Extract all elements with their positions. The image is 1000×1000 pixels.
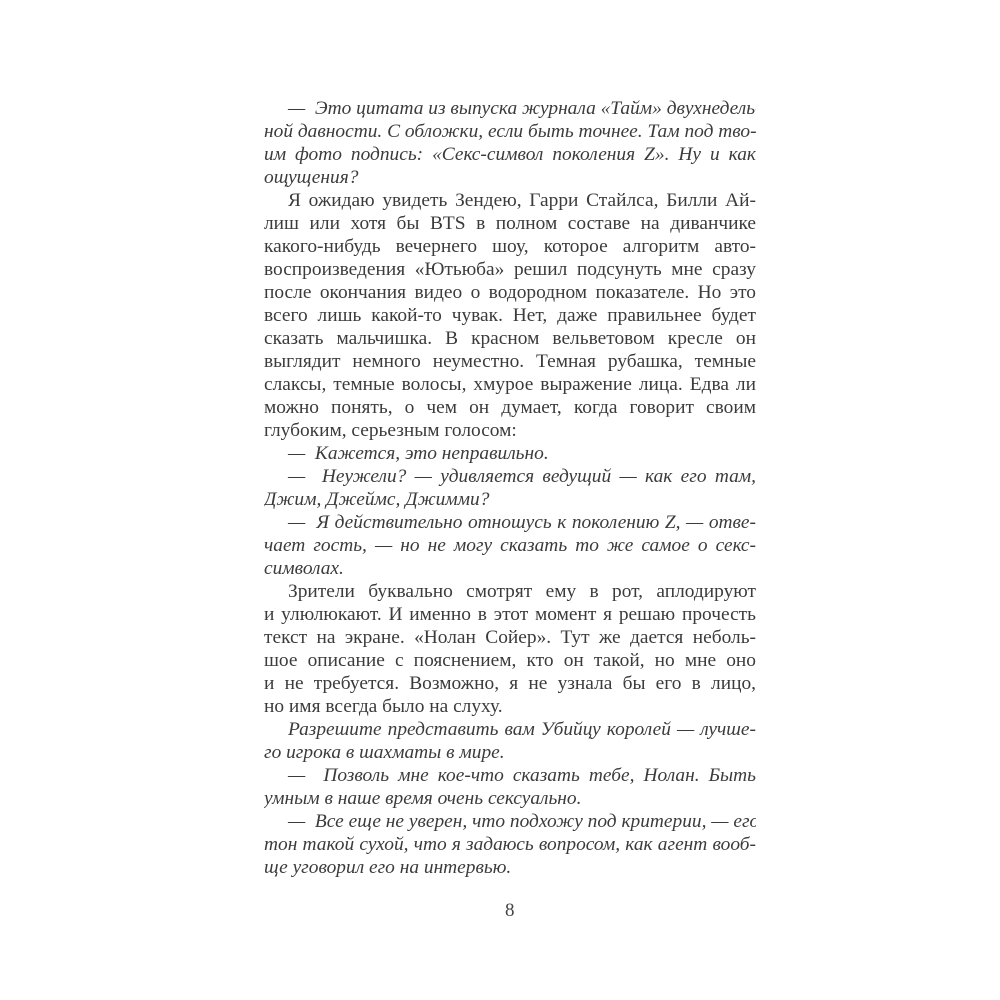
paragraph: Зрители буквально смотрят ему в рот, апл… [264, 580, 756, 718]
text-line: тон такой сухой, что я задаюсь вопросом,… [264, 833, 756, 856]
text-line: всего лишь какой-то чувак. Нет, даже пра… [264, 304, 756, 327]
text-line: — Все еще не уверен, что подхожу под кри… [264, 810, 756, 833]
text-line: — Позволь мне кое-что сказать тебе, Нола… [264, 764, 756, 787]
text-line: Джим, Джеймс, Джимми? [264, 488, 756, 511]
text-line: какого-нибудь вечернего шоу, которое алг… [264, 235, 756, 258]
text-line: — Неужели? — удивляется ведущий — как ег… [264, 465, 756, 488]
paragraph: — Я действительно отношусь к поколению Z… [264, 511, 756, 580]
text-line: слаксы, темные волосы, хмурое выражение … [264, 373, 756, 396]
text-line: после окончания видео о водородном показ… [264, 281, 756, 304]
text-line: и не требуется. Возможно, я не узнала бы… [264, 672, 756, 695]
paragraph: Я ожидаю увидеть Зендею, Гарри Стайлса, … [264, 189, 756, 442]
paragraph: — Это цитата из выпуска журнала «Тайм» д… [264, 97, 756, 189]
text-line: — Это цитата из выпуска журнала «Тайм» д… [264, 97, 756, 120]
text-line: текст на экране. «Нолан Сойер». Тут же д… [264, 626, 756, 649]
text-line: Я ожидаю увидеть Зендею, Гарри Стайлса, … [264, 189, 756, 212]
paragraph: — Все еще не уверен, что подхожу под кри… [264, 810, 756, 879]
paragraph: — Кажется, это неправильно. [264, 442, 756, 465]
text-line: — Я действительно отношусь к поколению Z… [264, 511, 756, 534]
page-number: 8 [505, 900, 515, 921]
text-line: и улюлюкают. И именно в этот момент я ре… [264, 603, 756, 626]
text-line: го игрока в шахматы в мире. [264, 741, 756, 764]
paragraph: — Неужели? — удивляется ведущий — как ег… [264, 465, 756, 511]
text-line: можно понять, о чем он думает, когда гов… [264, 396, 756, 419]
page-footer: 8 [264, 900, 756, 922]
text-line: глубоким, серьезным голосом: [264, 419, 756, 442]
text-line: выглядит немного неуместно. Темная рубаш… [264, 350, 756, 373]
text-line: лиш или хотя бы BTS в полном составе на … [264, 212, 756, 235]
text-line: им фото подпись: «Секс-символ поколения … [264, 143, 756, 166]
text-line: сказать мальчишка. В красном вельветовом… [264, 327, 756, 350]
text-line: ощущения? [264, 166, 756, 189]
text-line: чает гость, — но не могу сказать то же с… [264, 534, 756, 557]
text-line: Разрешите представить вам Убийцу королей… [264, 718, 756, 741]
text-column: — Это цитата из выпуска журнала «Тайм» д… [264, 97, 756, 879]
text-line: воспроизведения «Ютьюба» решил подсунуть… [264, 258, 756, 281]
text-line: символах. [264, 557, 756, 580]
text-line: — Кажется, это неправильно. [264, 442, 756, 465]
text-line: Зрители буквально смотрят ему в рот, апл… [264, 580, 756, 603]
text-line: ной давности. С обложки, если быть точне… [264, 120, 756, 143]
paragraph: — Позволь мне кое-что сказать тебе, Нола… [264, 764, 756, 810]
book-page: — Это цитата из выпуска журнала «Тайм» д… [0, 0, 1000, 1000]
text-line: умным в наше время очень сексуально. [264, 787, 756, 810]
text-line: шое описание с пояснением, кто он такой,… [264, 649, 756, 672]
text-line: ще уговорил его на интервью. [264, 856, 756, 879]
paragraph: Разрешите представить вам Убийцу королей… [264, 718, 756, 764]
text-line: но имя всегда было на слуху. [264, 695, 756, 718]
